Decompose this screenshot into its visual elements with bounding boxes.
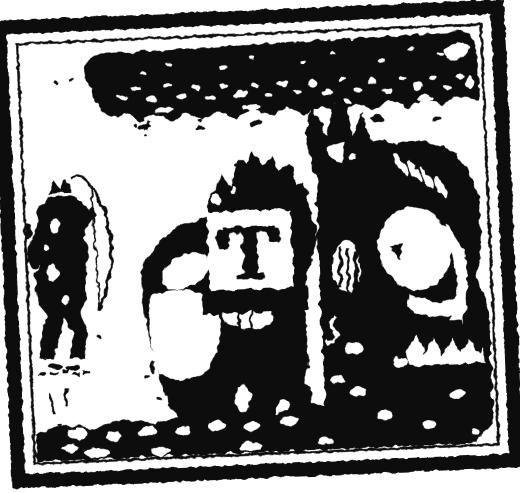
woodcut-page: T	[0, 0, 520, 493]
initial-plaque: T	[198, 204, 310, 314]
initial-letter: T	[223, 211, 279, 296]
woodcut-frame: T	[0, 0, 520, 489]
wolf-body	[314, 138, 495, 449]
woodcut-image: T	[0, 0, 520, 493]
